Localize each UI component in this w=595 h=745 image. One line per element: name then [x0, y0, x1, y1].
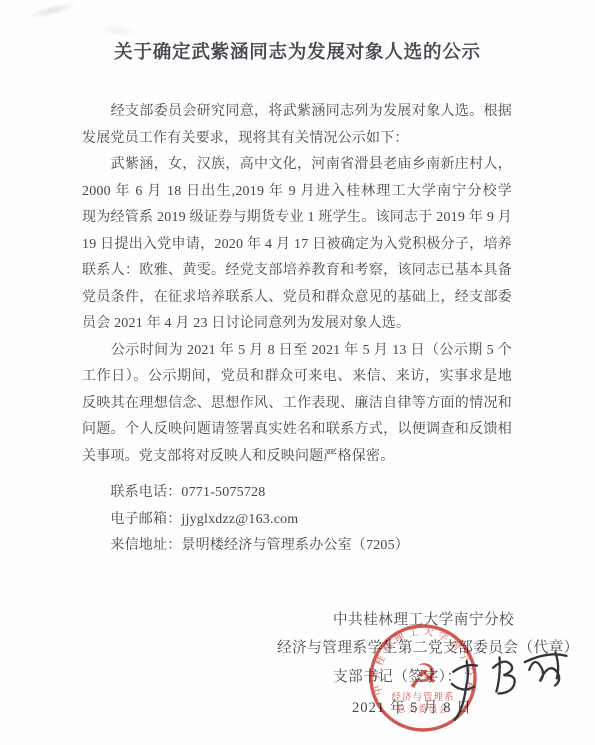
body-line: 反映其在理想信念、思想作风、工作表现、廉洁自律等方面的情况和: [82, 391, 512, 418]
body-line: 工作日）。公示期间，党员和群众可来电、来信、来访，实事求是地: [82, 364, 512, 391]
body-line: 公示时间为 2021 年 5 月 8 日至 2021 年 5 月 13 日（公示…: [82, 338, 512, 365]
hammer-sickle-icon: ☭: [408, 657, 438, 697]
body-line: 来信地址：景明楼经济与管理系办公室（7205）: [82, 533, 512, 560]
body-line: 2000 年 6 月 18 日出生,2019 年 9 月进入桂林理工大学南宁分校…: [82, 179, 512, 206]
handwritten-signature: [438, 645, 583, 725]
scan-smudge: [99, 22, 136, 40]
body-line: 发展党员工作有关要求，现将其有关情况公示如下：: [82, 126, 512, 153]
body-line: 员会 2021 年 4 月 23 日讨论同意列为发展对象人选。: [82, 311, 512, 338]
body-line: 党员条件，在征求培养联系人、党员和群众意见的基础上，经支部委: [82, 285, 512, 312]
body-line: 关事项。党支部将对反映人和反映问题严格保密。: [82, 444, 512, 471]
body-line: 联系电话：0771-5075728: [82, 480, 512, 507]
body-line: 经支部委员会研究同意，将武紫涵同志列为发展对象人选。根据: [82, 99, 512, 126]
body-line: 19 日提出入党申请，2020 年 4 月 17 日被确定为入党积极分子，培养: [82, 232, 512, 259]
scan-smudge: [25, 0, 78, 22]
body-line: 现为经管系 2019 级证券与期货专业 1 班学生。该同志于 2019 年 9 …: [82, 205, 512, 232]
document-title: 关于确定武紫涵同志为发展对象人选的公示: [0, 38, 595, 64]
document-body: 经支部委员会研究同意，将武紫涵同志列为发展对象人选。根据发展党员工作有关要求，现…: [82, 99, 512, 560]
body-line: 武紫涵，女，汉族，高中文化，河南省滑县老庙乡南新庄村人，: [82, 152, 512, 179]
body-line: 问题。个人反映问题请签署真实姓名和联系方式，以便调查和反馈相: [82, 417, 512, 444]
scanned-document-page: 关于确定武紫涵同志为发展对象人选的公示 经支部委员会研究同意，将武紫涵同志列为发…: [0, 0, 595, 745]
body-line: 联系人：欧雅、黄雯。经党支部培养教育和考察，该同志已基本具备: [82, 258, 512, 285]
body-line: 电子邮箱：jjyglxdzz@163.com: [82, 507, 512, 534]
